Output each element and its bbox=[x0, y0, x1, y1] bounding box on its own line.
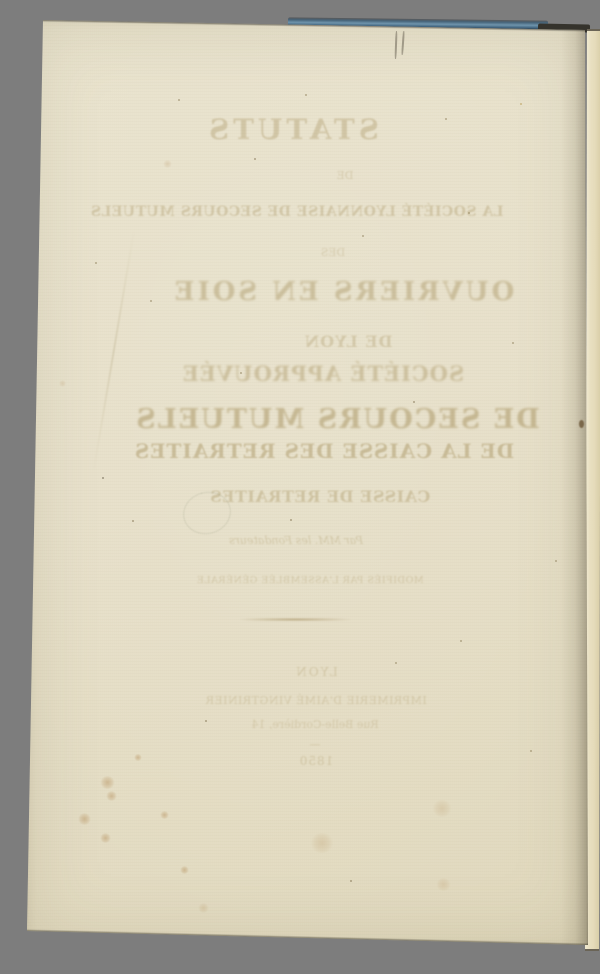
foxing-spot bbox=[432, 800, 452, 817]
ghost-line-dash: — bbox=[115, 739, 515, 750]
foxing-spot bbox=[100, 776, 115, 789]
ghost-line-caisse-de-retraites: CAISSE DE RETRAITES bbox=[120, 489, 520, 505]
ghost-line-statuts: STATUTS bbox=[92, 116, 492, 144]
binding-gutter-shadow bbox=[561, 19, 589, 947]
book-scan: STATUTS DE LA SOCIÉTÉ LYONNAISE DE SECOU… bbox=[0, 0, 600, 974]
gutter-stain bbox=[579, 420, 584, 428]
ghost-line-ouvriers-en-soie: OUVRIERS EN SOIE bbox=[143, 279, 543, 305]
ghost-line-de-secours-mutuels: DE SECOURS MUTUELS bbox=[137, 406, 537, 433]
ghost-line-de-lyon: DE LYON bbox=[148, 334, 548, 350]
foxing-spot bbox=[436, 878, 451, 891]
foxing-spot bbox=[310, 833, 334, 853]
dust-specks bbox=[27, 19, 29, 21]
foxing-spot bbox=[59, 380, 66, 387]
ghost-line-rue: Rue Belle-Cordière, 14 bbox=[115, 719, 515, 730]
foxing-spot bbox=[180, 866, 189, 874]
ghost-line-des: DES bbox=[133, 247, 533, 258]
foxing-spot bbox=[78, 813, 91, 825]
foxing-spot bbox=[198, 903, 209, 913]
page-verso bbox=[27, 19, 589, 947]
ghost-line-year: 1850 bbox=[116, 755, 516, 767]
ghost-line-imprimerie: IMPRIMERIE D'AIMÉ VINGTRINIER bbox=[116, 695, 516, 706]
ghost-line-modifies: MODIFIÉS PAR L'ASSEMBLÉE GÉNÉRALE bbox=[110, 576, 510, 586]
foxing-spot bbox=[163, 160, 172, 168]
foxing-spot bbox=[106, 791, 117, 801]
ghost-separator-rule bbox=[235, 618, 355, 621]
paper-vignette bbox=[27, 19, 589, 947]
pencil-mark bbox=[394, 31, 406, 59]
ghost-line-de-la-caisse: DE LA CAISSE DES RETRAITES bbox=[124, 441, 524, 461]
ghost-line-de: DE bbox=[145, 170, 545, 181]
ghost-line-societe-lyonnaise: LA SOCIÉTÉ LYONNAISE DE SECOURS MUTUELS bbox=[97, 205, 497, 219]
ghost-line-par-fondateurs: Par MM. les Fondateurs bbox=[96, 535, 496, 546]
ghost-line-lyon: LYON bbox=[116, 666, 516, 678]
ghost-line-societe-approuvee: SOCIÉTÉ APPROUVÉE bbox=[123, 363, 523, 384]
foxing-spot bbox=[160, 811, 169, 819]
foxing-spot bbox=[100, 833, 111, 843]
